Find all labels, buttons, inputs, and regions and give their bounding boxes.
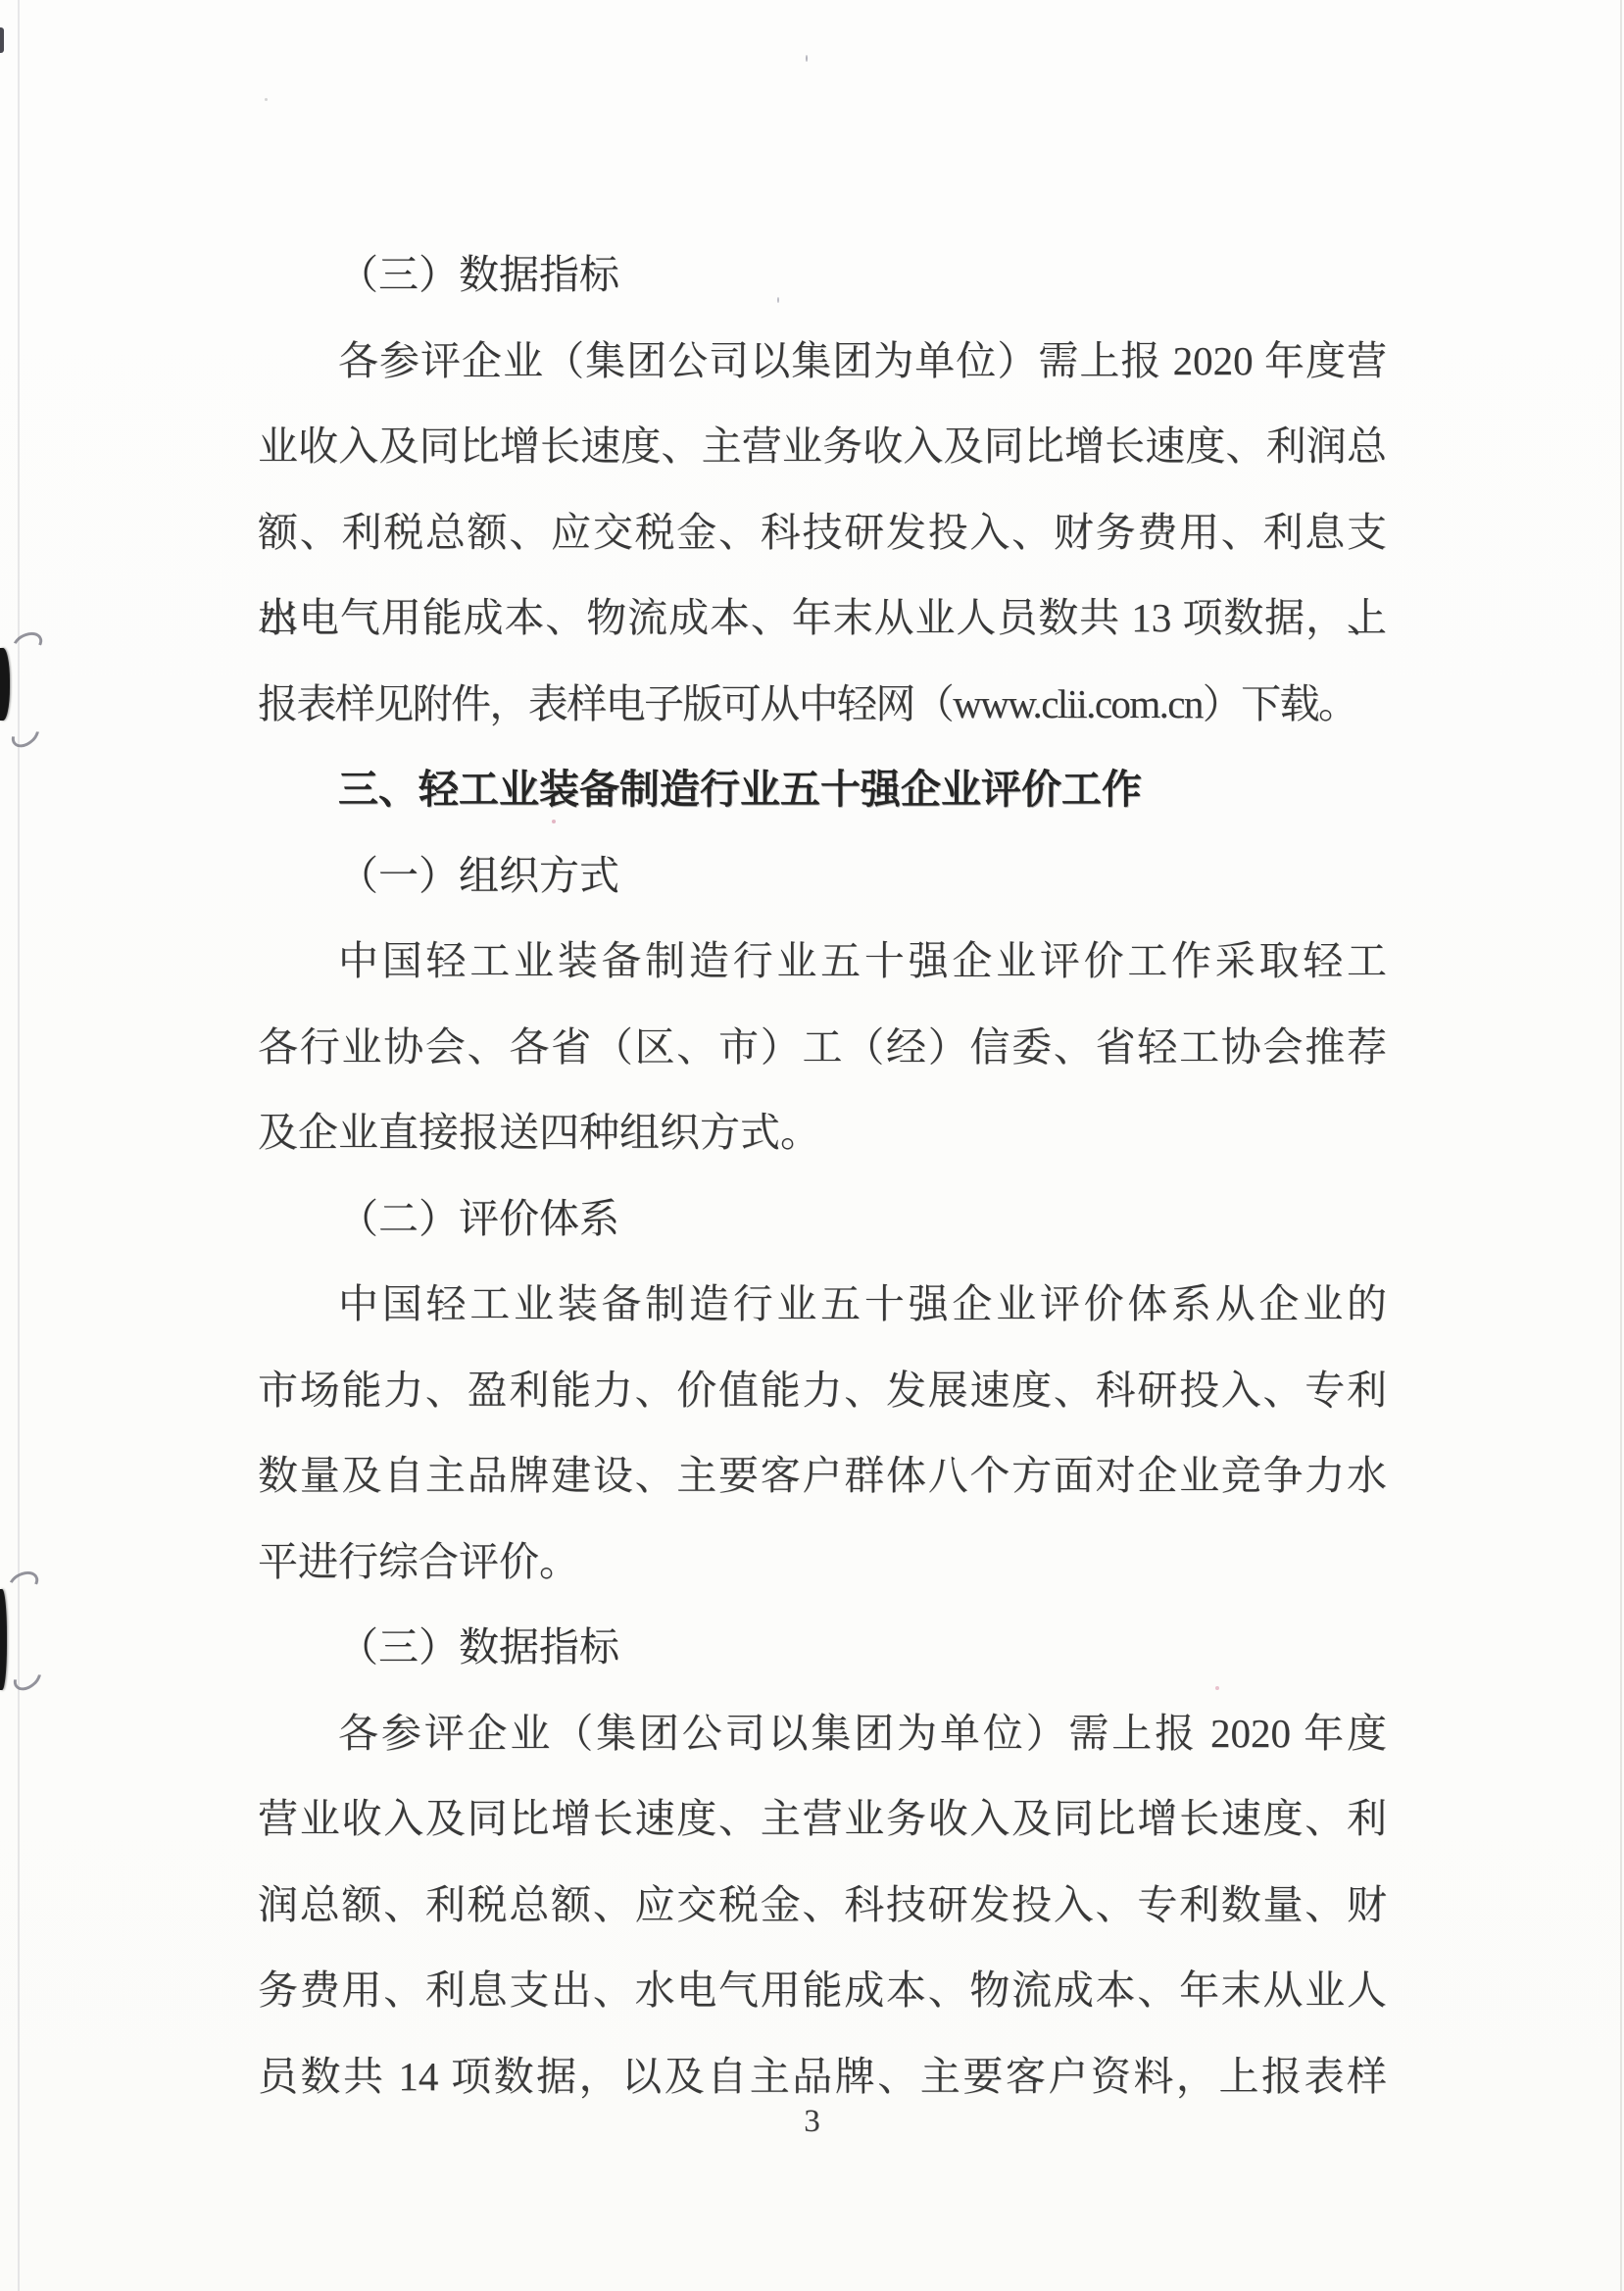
text-line: 业收入及同比增长速度、主营业务收入及同比增长速度、利润总 [258,404,1387,490]
scan-speck [265,98,268,101]
text-line: 水电气用能成本、物流成本、年末从业人员数共 13 项数据，上 [258,575,1387,662]
text-line: 数量及自主品牌建设、主要客户群体八个方面对企业竞争力水 [258,1433,1387,1519]
scanned-document-page: （三）数据指标各参评企业（集团公司以集团为单位）需上报 2020 年度营业收入及… [0,0,1624,2291]
text-line: 及企业直接报送四种组织方式。 [258,1090,1387,1176]
paper-curl-mark [7,716,45,752]
text-line: 务费用、利息支出、水电气用能成本、物流成本、年末从业人 [258,1948,1387,2034]
text-line: （一）组织方式 [258,833,1387,920]
text-line: （二）评价体系 [258,1176,1387,1263]
text-line: 三、轻工业装备制造行业五十强企业评价工作 [258,747,1387,833]
text-line: 中国轻工业装备制造行业五十强企业评价体系从企业的 [258,1262,1387,1348]
document-text: （三）数据指标各参评企业（集团公司以集团为单位）需上报 2020 年度营业收入及… [258,232,1387,2119]
binding-mark-lower [0,1589,7,1690]
text-line: 报表样见附件，表样电子版可从中轻网（www.clii.com.cn）下载。 [258,662,1387,748]
text-line: 平进行综合评价。 [258,1519,1387,1606]
binding-mark-upper [0,648,10,721]
paper-curl-mark [9,627,46,660]
scan-speck [806,55,808,62]
text-line: （三）数据指标 [258,1605,1387,1691]
text-line: 市场能力、盈利能力、价值能力、发展速度、科研投入、专利 [258,1348,1387,1434]
scan-corner-mark [0,27,4,53]
text-line: 各参评企业（集团公司以集团为单位）需上报 2020 年度 [258,1691,1387,1777]
paper-curl-mark [9,1659,47,1695]
text-line: 润总额、利税总额、应交税金、科技研发投入、专利数量、财 [258,1863,1387,1949]
scan-edge-shadow-right [1620,0,1622,2291]
page-number: 3 [0,2104,1624,2140]
scan-edge-shadow-left [18,0,20,2291]
text-line: 各参评企业（集团公司以集团为单位）需上报 2020 年度营 [258,319,1387,405]
paper-curl-mark [5,1567,42,1599]
text-line: 额、利税总额、应交税金、科技研发投入、财务费用、利息支出、 [258,490,1387,576]
text-line: （三）数据指标 [258,232,1387,319]
text-line: 营业收入及同比增长速度、主营业务收入及同比增长速度、利 [258,1776,1387,1863]
text-line: 中国轻工业装备制造行业五十强企业评价工作采取轻工 [258,919,1387,1005]
text-line: 各行业协会、各省（区、市）工（经）信委、省轻工协会推荐 [258,1005,1387,1091]
